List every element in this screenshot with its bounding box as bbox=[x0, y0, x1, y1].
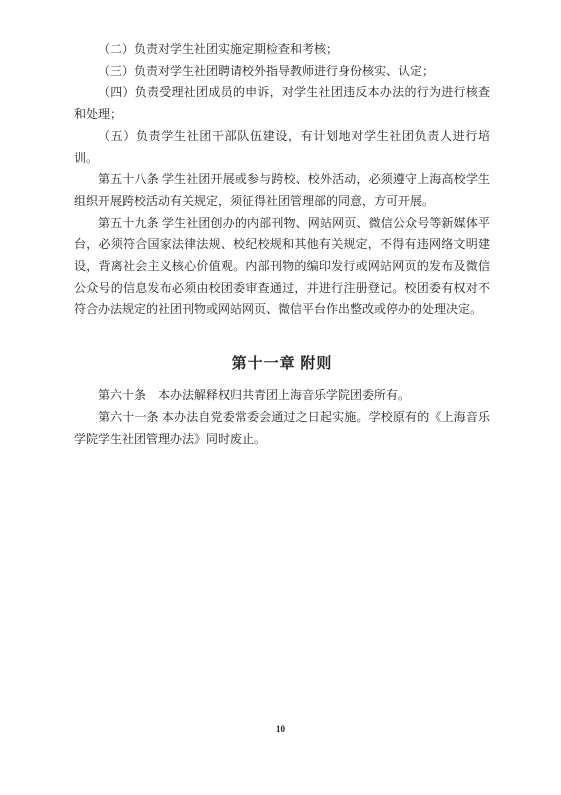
chapter-heading: 第十一章 附则 bbox=[74, 352, 490, 376]
clause-paragraph: （五）负责学生社团干部队伍建设，有计划地对学生社团负责人进行培训。 bbox=[74, 126, 490, 169]
clause-paragraph: （四）负责受理社团成员的申诉，对学生社团违反本办法的行为进行核查和处理； bbox=[74, 82, 490, 125]
article-paragraph: 第六十一条 本办法自党委常委会通过之日起实施。学校原有的《上海音乐学院学生社团管… bbox=[74, 407, 490, 450]
page-body: （二）负责对学生社团实施定期检查和考核； （三）负责对学生社团聘请校外指导教师进… bbox=[74, 39, 490, 450]
article-paragraph: 第五十八条 学生社团开展或参与跨校、校外活动，必须遵守上海高校学生组织开展跨校活… bbox=[74, 169, 490, 212]
page-number: 10 bbox=[0, 724, 561, 734]
clause-paragraph: （三）负责对学生社团聘请校外指导教师进行身份核实、认定； bbox=[74, 61, 490, 83]
clause-paragraph: （二）负责对学生社团实施定期检查和考核； bbox=[74, 39, 490, 61]
document-page: （二）负责对学生社团实施定期检查和考核； （三）负责对学生社团聘请校外指导教师进… bbox=[0, 0, 561, 795]
article-paragraph: 第五十九条 学生社团创办的内部刊物、网站网页、微信公众号等新媒体平台，必须符合国… bbox=[74, 213, 490, 322]
article-paragraph: 第六十条 本办法解释权归共青团上海音乐学院团委所有。 bbox=[74, 385, 490, 407]
